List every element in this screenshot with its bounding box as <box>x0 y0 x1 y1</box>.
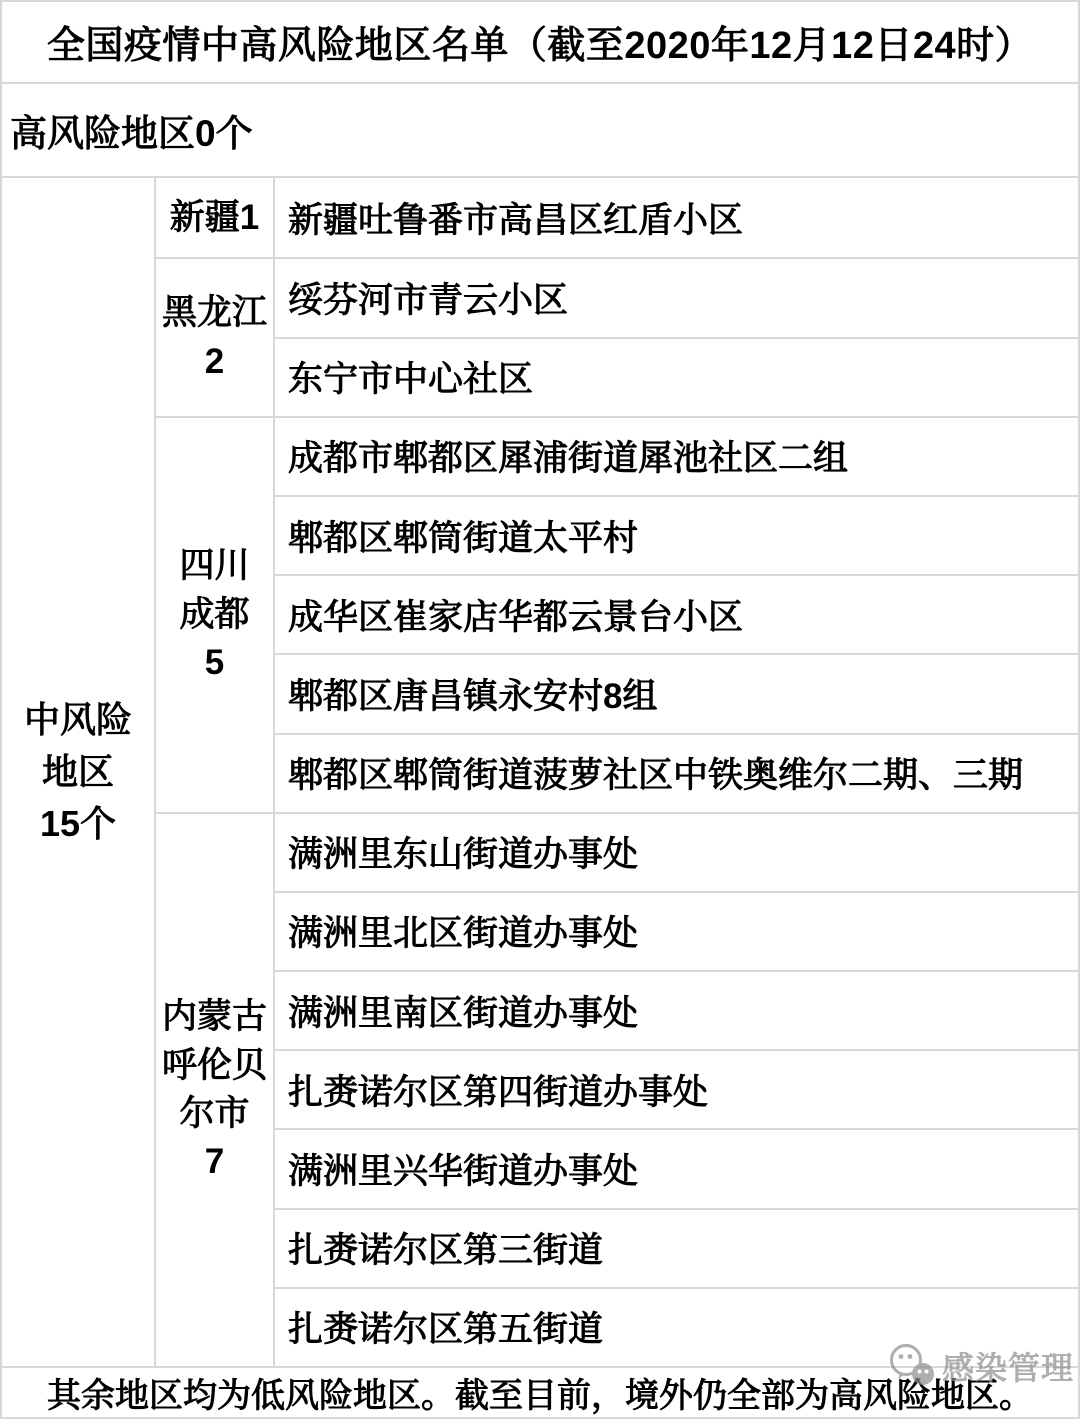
area-cell: 满洲里兴华街道办事处 <box>273 1128 1078 1207</box>
province-line: 黑龙江 <box>162 289 267 337</box>
risk-area-sheet: 全国疫情中高风险地区名单（截至2020年12月12日24时） 高风险地区0个 中… <box>0 0 1080 1419</box>
footer-note-row: 其余地区均为低风险地区。截至目前，境外仍全部为高风险地区。 <box>2 1366 1078 1417</box>
province-cell-heilongjiang: 黑龙江 2 <box>154 257 273 415</box>
medium-risk-label-cell: 中风险 地区 15个 <box>2 178 154 1366</box>
area-cell: 扎赉诺尔区第三街道 <box>273 1208 1078 1287</box>
medium-risk-table: 中风险 地区 15个 新疆1 黑龙江 2 四川 成都 5 内蒙古 呼伦贝 尔市 … <box>2 178 1078 1366</box>
title-row: 全国疫情中高风险地区名单（截至2020年12月12日24时） <box>2 2 1078 84</box>
province-cell-neimenggu-hulunbeier: 内蒙古 呼伦贝 尔市 7 <box>154 812 273 1366</box>
province-line: 新疆1 <box>170 194 259 242</box>
province-line: 呼伦贝 <box>162 1042 267 1090</box>
province-cell-sichuan-chengdu: 四川 成都 5 <box>154 416 273 812</box>
province-line: 5 <box>205 639 224 687</box>
area-cell: 扎赉诺尔区第五街道 <box>273 1287 1078 1366</box>
area-cell: 绥芬河市青云小区 <box>273 257 1078 336</box>
area-cell: 满洲里北区街道办事处 <box>273 891 1078 970</box>
area-cell: 成都市郫都区犀浦街道犀池社区二组 <box>273 416 1078 495</box>
province-line: 7 <box>205 1138 224 1186</box>
province-cell-xinjiang: 新疆1 <box>154 178 273 257</box>
high-risk-label: 高风险地区0个 <box>10 103 253 157</box>
area-cell: 扎赉诺尔区第四街道办事处 <box>273 1049 1078 1128</box>
high-risk-row: 高风险地区0个 <box>2 84 1078 178</box>
area-cell: 郫都区郫筒街道太平村 <box>273 495 1078 574</box>
province-line: 尔市 <box>179 1090 249 1138</box>
province-line: 四川 <box>179 542 249 590</box>
medium-risk-label-line: 中风险 <box>24 694 132 746</box>
province-line: 内蒙古 <box>162 993 267 1041</box>
area-cell: 郫都区郫筒街道菠萝社区中铁奥维尔二期、三期 <box>273 733 1078 812</box>
footer-note: 其余地区均为低风险地区。截至目前，境外仍全部为高风险地区。 <box>47 1368 1033 1417</box>
area-cell: 满洲里南区街道办事处 <box>273 970 1078 1049</box>
area-cell: 东宁市中心社区 <box>273 337 1078 416</box>
province-line: 成都 <box>179 591 249 639</box>
area-cell: 郫都区唐昌镇永安村8组 <box>273 653 1078 732</box>
page-title: 全国疫情中高风险地区名单（截至2020年12月12日24时） <box>47 14 1033 69</box>
area-cell: 成华区崔家店华都云景台小区 <box>273 574 1078 653</box>
medium-risk-label-line: 地区 <box>42 746 114 798</box>
area-cell: 满洲里东山街道办事处 <box>273 812 1078 891</box>
medium-risk-label-line: 15个 <box>40 798 116 850</box>
area-cell: 新疆吐鲁番市高昌区红盾小区 <box>273 178 1078 257</box>
province-line: 2 <box>205 338 224 386</box>
